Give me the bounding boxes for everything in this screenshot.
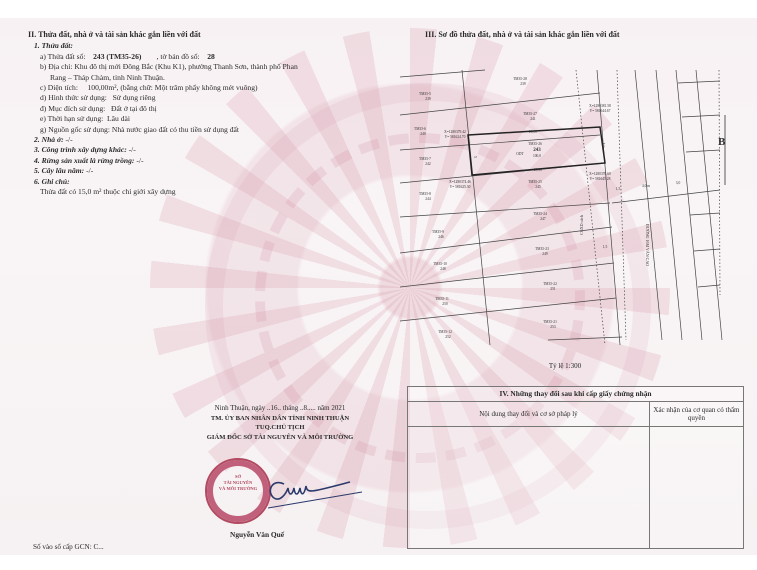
place-date: Ninh Thuận, ngày ..16.. tháng ..8..... n…: [160, 404, 400, 414]
svg-text:TM35-25: TM35-25: [528, 180, 542, 184]
svg-text:3,0: 3,0: [676, 181, 681, 186]
svg-text:TM35-7: TM35-7: [419, 157, 431, 161]
use-form-label: d) Hình thức sử dụng:: [40, 93, 107, 102]
map-scale: Tỷ lệ 1:300: [400, 362, 730, 370]
svg-text:Y= 581624.70: Y= 581624.70: [445, 135, 466, 139]
use-form-value: Sử dụng riêng: [113, 93, 156, 102]
svg-text:245: 245: [535, 185, 541, 189]
changes-confirmation-cell: [649, 427, 743, 549]
section-2-title: II. Thửa đất, nhà ở và tài sản khác gắn …: [28, 30, 388, 40]
svg-text:252: 252: [445, 335, 451, 339]
svg-text:20,00: 20,00: [529, 130, 537, 135]
origin-row: g) Nguồn gốc sử dụng: Nhà nước giao đất …: [40, 125, 388, 135]
svg-text:241: 241: [530, 117, 536, 121]
forest-label: 4. Rừng sản xuất là rừng trồng:: [34, 156, 134, 165]
svg-text:242: 242: [425, 162, 431, 166]
other-works-value: -/-: [129, 145, 136, 154]
address-line2: Rang – Tháp Chàm, tỉnh Ninh Thuận.: [50, 73, 388, 83]
svg-text:251: 251: [550, 287, 556, 291]
svg-text:X=1280379.42: X=1280379.42: [444, 130, 466, 134]
purpose-label: đ) Mục đích sử dụng:: [40, 104, 105, 113]
svg-text:TM35-12: TM35-12: [438, 330, 452, 334]
svg-text:5: 5: [473, 156, 477, 158]
org-line1: TM. ỦY BAN NHÂN DÂN TỈNH NINH THUẬN: [160, 414, 400, 424]
address-row: b) Địa chỉ: Khu đô thị mới Đông Bắc (Khu…: [40, 62, 388, 72]
svg-text:5,0: 5,0: [600, 143, 605, 148]
parcel-number: 243 (TM35-26): [93, 52, 141, 61]
svg-text:TM35-26: TM35-26: [528, 142, 542, 146]
house-value: -/-: [66, 135, 73, 144]
svg-text:239: 239: [520, 82, 526, 86]
svg-text:TM35-24: TM35-24: [533, 212, 547, 216]
svg-text:ĐƯỜNG 16M VĂN CAO: ĐƯỜNG 16M VĂN CAO: [645, 224, 650, 266]
svg-text:TM35-6: TM35-6: [414, 127, 426, 131]
svg-text:TM35-21: TM35-21: [543, 320, 557, 324]
svg-text:TM35-22: TM35-22: [543, 282, 557, 286]
svg-text:ODT: ODT: [516, 152, 524, 156]
area-value: 100,00m², (bằng chữ: Một trăm phẩy không…: [87, 83, 257, 92]
svg-text:20,00: 20,00: [534, 168, 542, 173]
org-line3: GIÁM ĐỐC SỞ TÀI NGUYÊN VÀ MÔI TRƯỜNG: [160, 433, 400, 443]
signer-name: Nguyễn Văn Quế: [230, 530, 284, 539]
svg-text:TM35-8: TM35-8: [419, 192, 431, 196]
purpose-value: Đất ở tại đô thị: [111, 104, 157, 113]
svg-text:TM35-5: TM35-5: [419, 92, 431, 96]
perennial-row: 5. Cây lâu năm: -/-: [34, 166, 388, 176]
map-sheet-label: , tờ bản đồ số:: [157, 52, 200, 61]
changes-content-cell: [408, 427, 650, 549]
changes-col-confirmation: Xác nhận của cơ quan có thẩm quyền: [649, 401, 743, 427]
parcel-label: a) Thửa đất số:: [40, 52, 86, 61]
svg-text:TM35-28: TM35-28: [513, 77, 527, 81]
map-sheet-number: 28: [207, 52, 215, 61]
svg-text:X=1280376.60: X=1280376.60: [589, 172, 611, 176]
svg-text:Y= 581645.28: Y= 581645.28: [590, 177, 611, 181]
svg-text:4,0 m: 4,0 m: [642, 184, 650, 189]
parcel-diagram: B TM35-28239TM35-5239TM35-27241TM35-6240…: [400, 55, 750, 355]
svg-text:253: 253: [550, 325, 556, 329]
stamp-text3: VÀ MÔI TRƯỜNG: [217, 486, 259, 492]
land-heading: 1. Thửa đất:: [34, 41, 388, 51]
svg-text:TM35-27: TM35-27: [523, 112, 537, 116]
registry-number: Số vào sổ cấp GCN: C...: [33, 543, 104, 551]
term-row: e) Thời hạn sử dụng: Lâu dài: [40, 114, 388, 124]
registry-value: C...: [94, 543, 104, 551]
svg-text:1,5: 1,5: [616, 187, 621, 192]
use-form-row: d) Hình thức sử dụng: Sử dụng riêng: [40, 93, 388, 103]
svg-text:Y= 581644.67: Y= 581644.67: [590, 109, 611, 113]
changes-table: IV. Những thay đổi sau khi cấp giấy chứn…: [407, 386, 744, 549]
origin-value: Nhà nước giao đất có thu tiền sử dụng đấ…: [112, 125, 239, 134]
svg-text:X=1280381.58: X=1280381.58: [589, 104, 611, 108]
section-4-title: IV. Những thay đổi sau khi cấp giấy chứn…: [408, 387, 744, 402]
section-2: II. Thửa đất, nhà ở và tài sản khác gắn …: [28, 30, 388, 198]
notes-value: Thửa đất có 15,0 m² thuộc chỉ giới xây d…: [40, 187, 388, 197]
signature-block: Ninh Thuận, ngày ..16.. tháng ..8..... n…: [160, 404, 400, 442]
house-row: 2. Nhà ở: -/-: [34, 135, 388, 145]
svg-text:Y= 581625.30: Y= 581625.30: [450, 185, 471, 189]
svg-text:CGXD cách: CGXD cách: [579, 215, 584, 235]
parcel-row: a) Thửa đất số: 243 (TM35-26) , tờ bản đ…: [40, 52, 388, 62]
other-works-row: 3. Công trình xây dựng khác: -/-: [34, 145, 388, 155]
forest-value: -/-: [136, 156, 143, 165]
svg-text:TM35-23: TM35-23: [535, 247, 549, 251]
handwritten-signature: [262, 470, 372, 510]
svg-text:1,5: 1,5: [603, 245, 608, 250]
origin-label: g) Nguồn gốc sử dụng:: [40, 125, 110, 134]
registry-label: Số vào sổ cấp GCN:: [33, 543, 92, 551]
term-label: e) Thời hạn sử dụng:: [40, 114, 103, 123]
perennial-label: 5. Cây lâu năm:: [34, 166, 84, 175]
svg-text:TM35-10: TM35-10: [433, 262, 447, 266]
area-label: c) Diện tích:: [40, 83, 78, 92]
forest-row: 4. Rừng sản xuất là rừng trồng: -/-: [34, 156, 388, 166]
svg-text:243: 243: [533, 148, 541, 153]
svg-text:249: 249: [542, 252, 548, 256]
org-line2: TUQ.CHỦ TỊCH: [160, 423, 400, 433]
svg-text:TM35-11: TM35-11: [435, 297, 449, 301]
purpose-row: đ) Mục đích sử dụng: Đất ở tại đô thị: [40, 104, 388, 114]
svg-text:247: 247: [540, 217, 546, 221]
svg-text:250: 250: [442, 302, 448, 306]
address-line1: Khu đô thị mới Đông Bắc (Khu K1), phường…: [74, 62, 297, 71]
svg-text:239: 239: [425, 97, 431, 101]
svg-text:240: 240: [420, 132, 426, 136]
term-value: Lâu dài: [107, 114, 130, 123]
section-3-title: III. Sơ đồ thửa đất, nhà ở và tài sản kh…: [425, 30, 620, 39]
svg-text:100,0: 100,0: [533, 154, 541, 159]
perennial-value: -/-: [86, 166, 93, 175]
svg-text:X=1280374.46: X=1280374.46: [449, 180, 471, 184]
other-works-label: 3. Công trình xây dựng khác:: [34, 145, 127, 154]
notes-heading: 6. Ghi chú:: [34, 177, 388, 187]
svg-text:246: 246: [438, 235, 444, 239]
svg-text:248: 248: [440, 267, 446, 271]
house-label: 2. Nhà ở:: [34, 135, 64, 144]
area-row: c) Diện tích: 100,00m², (bằng chữ: Một t…: [40, 83, 388, 93]
changes-col-content: Nội dung thay đổi và cơ sở pháp lý: [408, 401, 650, 427]
svg-text:TM35-9: TM35-9: [432, 230, 444, 234]
svg-text:244: 244: [425, 197, 431, 201]
address-label: b) Địa chỉ:: [40, 62, 72, 71]
